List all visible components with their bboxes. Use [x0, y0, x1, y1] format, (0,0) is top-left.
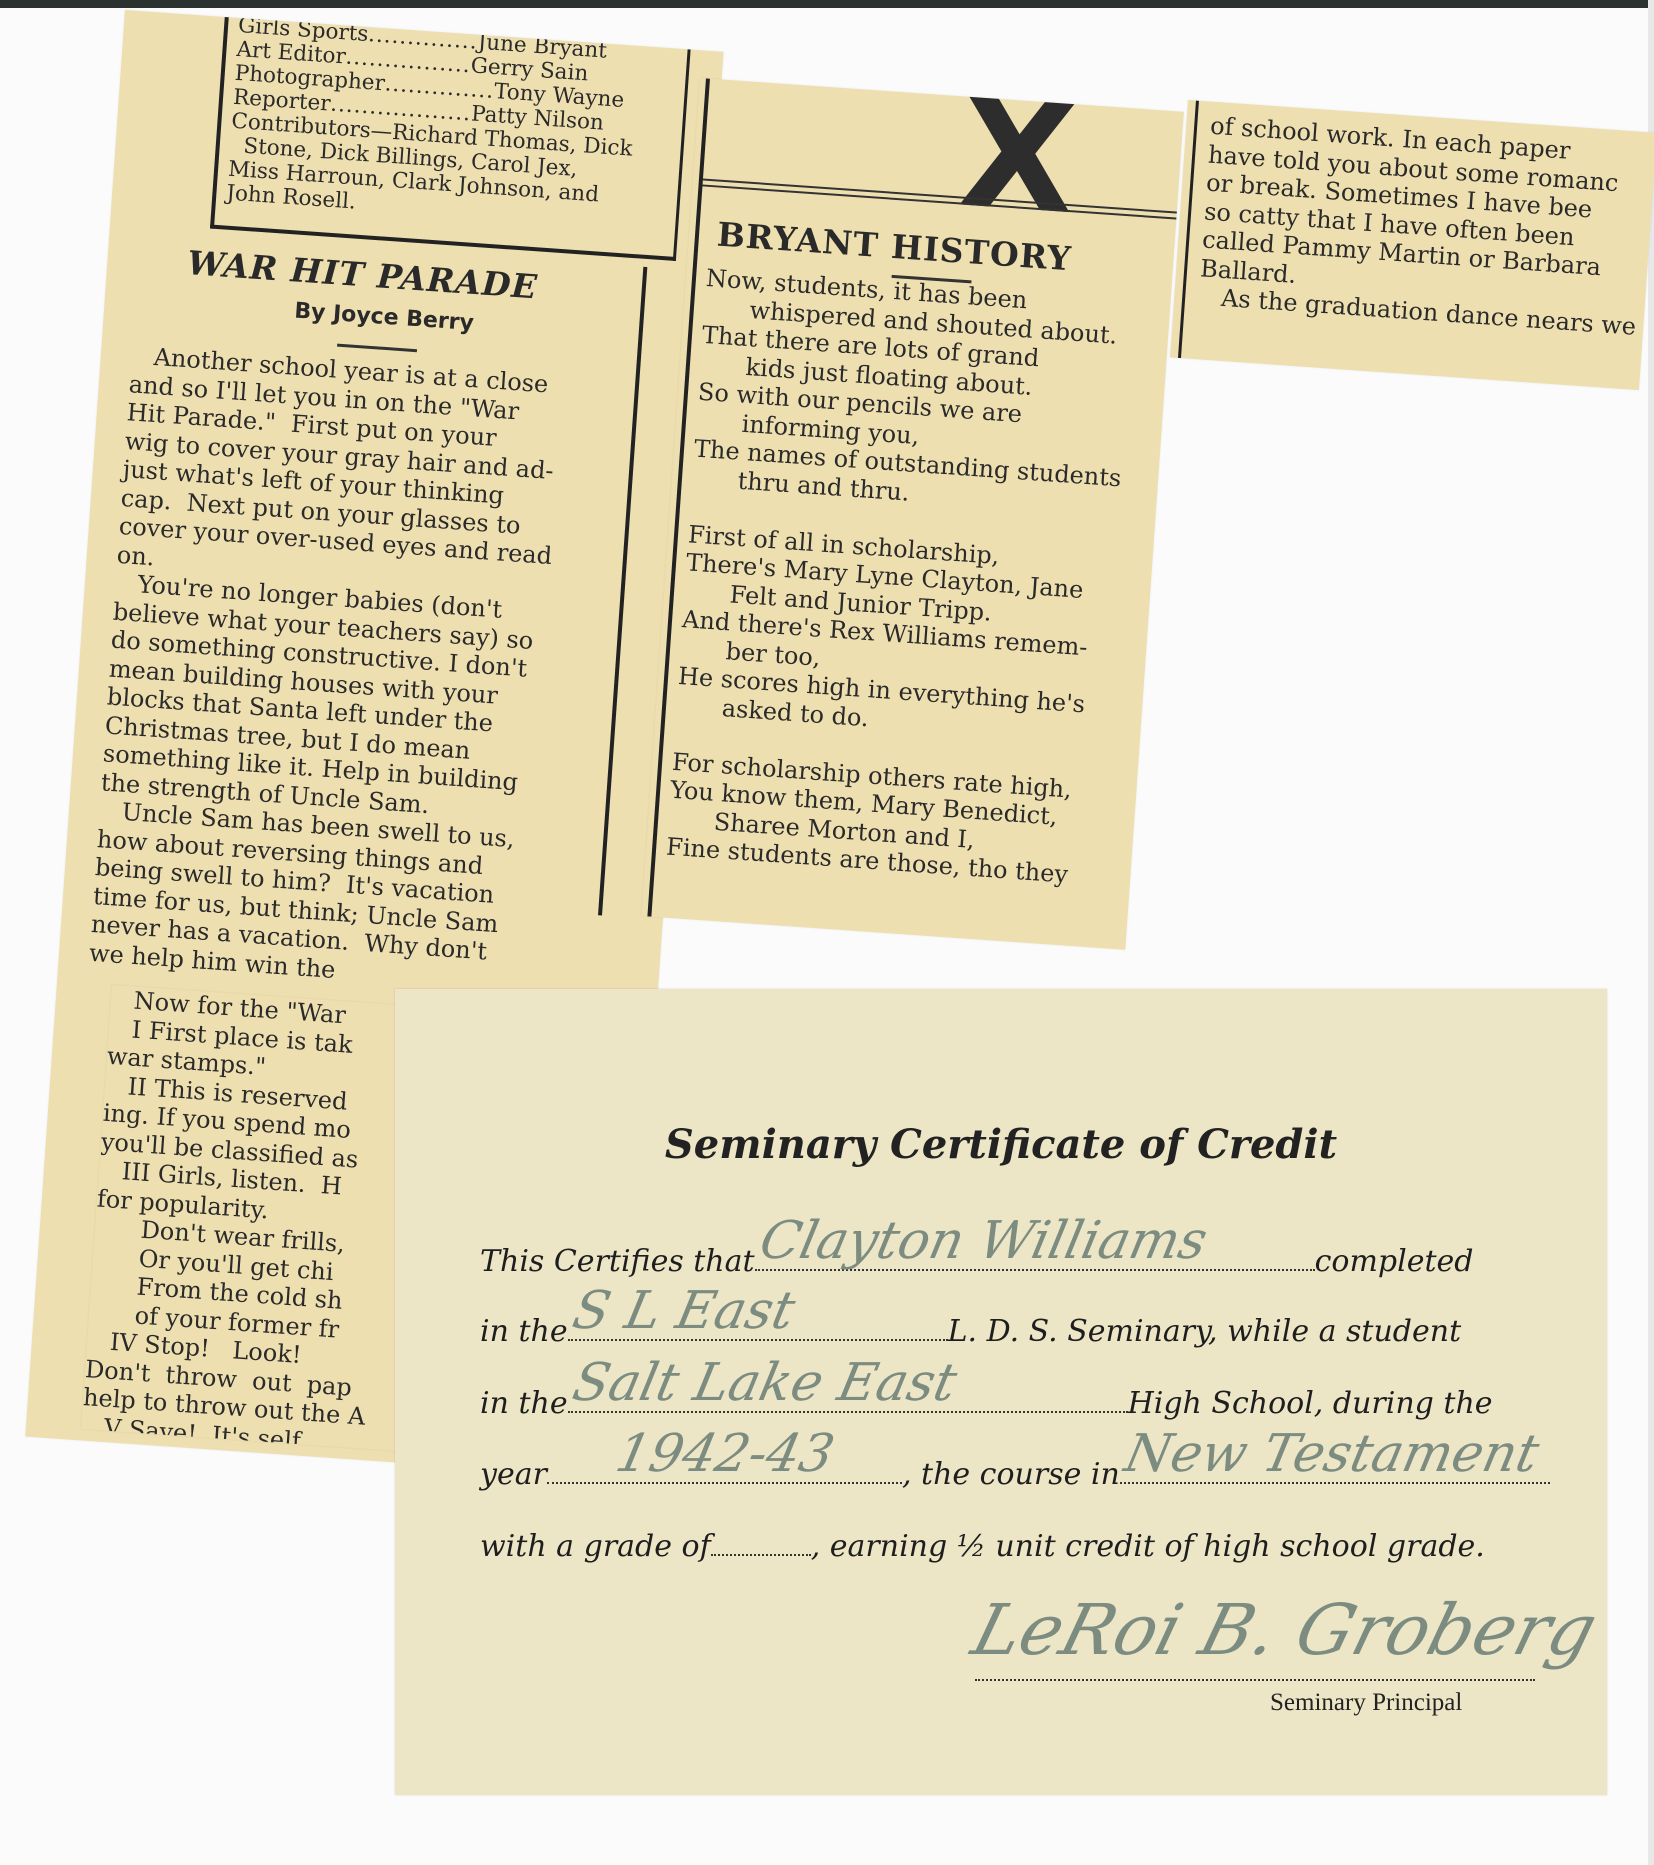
- certificate-line-seminary: in theS L EastL. D. S. Seminary, while a…: [480, 1314, 1540, 1349]
- certificate-title: Seminary Certificate of Credit: [395, 1121, 1607, 1168]
- student-name-field: Clayton Williams: [755, 1245, 1315, 1271]
- article-title: WAR HIT PARADE: [186, 243, 539, 306]
- divider: [337, 344, 417, 353]
- label: year: [480, 1457, 547, 1492]
- certificate-line-student: This Certifies thatClayton Williamscompl…: [480, 1244, 1540, 1279]
- seminary-field: S L East: [568, 1315, 948, 1341]
- label: in the: [480, 1386, 568, 1421]
- label: completed: [1315, 1244, 1474, 1279]
- high-school-name: Salt Lake East: [567, 1353, 961, 1413]
- article-byline: By Joyce Berry: [294, 299, 475, 336]
- clipping-war-hit-parade-lower: Now for the "War I First place is tak wa…: [81, 985, 431, 1451]
- double-rule: [703, 178, 1182, 213]
- article-body: Another school year is at a close and so…: [88, 341, 565, 997]
- label: with a grade of: [480, 1529, 711, 1564]
- seminary-name: S L East: [567, 1281, 800, 1341]
- school-year: 1942-43: [611, 1424, 840, 1484]
- scanner-edge: [0, 0, 1654, 8]
- year-field: 1942-43: [547, 1458, 902, 1484]
- label: in the: [480, 1314, 568, 1349]
- signature-line: [975, 1679, 1535, 1681]
- label: This Certifies that: [480, 1244, 755, 1279]
- clipping-column-fragment: of school work. In each paper have told …: [1170, 100, 1654, 390]
- column-body: of school work. In each paper have told …: [1197, 112, 1649, 342]
- label: , earning ½ unit credit of high school g…: [811, 1529, 1485, 1564]
- certificate-line-year-course: year1942-43, the course inNew Testament: [480, 1457, 1540, 1492]
- certificate-line-grade: with a grade of, earning ½ unit credit o…: [480, 1529, 1540, 1564]
- course-name: New Testament: [1119, 1424, 1544, 1484]
- principal-signature: LeRoi B. Groberg: [964, 1589, 1605, 1671]
- article-body-continued: Now for the "War I First place is tak wa…: [81, 985, 394, 1451]
- page-edge: [1648, 0, 1654, 1865]
- clipping-bryant-history: X BRYANT HISTORY Now, students, it has b…: [641, 78, 1183, 950]
- illustration-letter: X: [954, 78, 1082, 248]
- poem-body: Now, students, it has been whispered and…: [665, 264, 1134, 891]
- staff-box: Girls Sports..............June BryantArt…: [210, 13, 691, 261]
- label: High School, during the: [1128, 1386, 1493, 1421]
- high-school-field: Salt Lake East: [568, 1387, 1128, 1413]
- label: L. D. S. Seminary, while a student: [948, 1314, 1462, 1349]
- label: , the course in: [902, 1457, 1120, 1492]
- column-rule: [598, 267, 647, 916]
- seminary-certificate: Seminary Certificate of Credit This Cert…: [395, 989, 1607, 1795]
- certificate-line-high-school: in theSalt Lake EastHigh School, during …: [480, 1386, 1540, 1421]
- signature-label: Seminary Principal: [1270, 1689, 1462, 1717]
- student-name: Clayton Williams: [754, 1211, 1212, 1271]
- course-field: New Testament: [1120, 1458, 1550, 1484]
- grade-field: [711, 1530, 811, 1556]
